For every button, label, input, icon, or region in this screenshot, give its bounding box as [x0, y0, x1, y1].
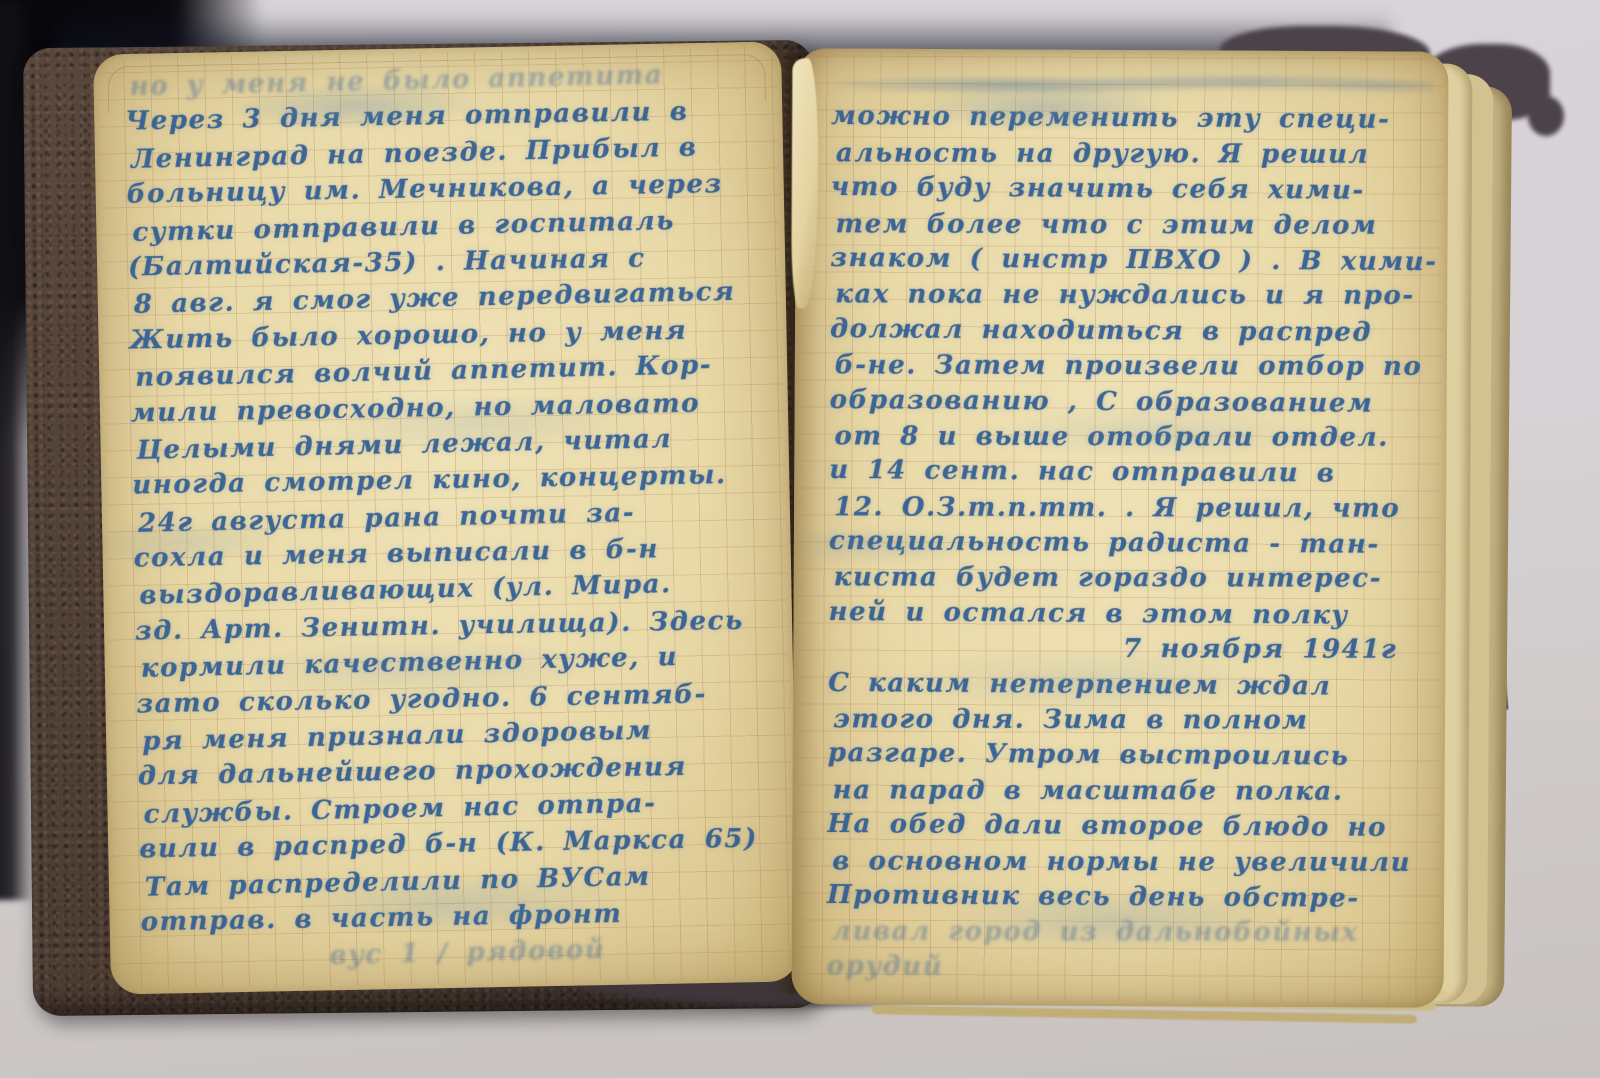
frayed-cloth-edge: [1528, 96, 1564, 136]
handwriting-right-page: можно переменить эту специ-альность на д…: [828, 64, 1431, 987]
handwriting-line: можно переменить эту специ-: [831, 99, 1429, 139]
handwriting-line: На обед дали второе блюдо но: [827, 807, 1425, 847]
handwriting-line: тем более что с этим делом: [836, 207, 1434, 244]
handwriting-line: от 8 и выше отобрали отдел.: [834, 419, 1432, 456]
left-page: но у меня не было аппетитаЧерез 3 дня ме…: [93, 41, 799, 994]
handwriting-line: б-не. Затем произвели отбор по: [835, 348, 1433, 385]
handwriting-line: этого дня. Зима в полном: [833, 702, 1431, 739]
handwriting-line: ливал город из дальнобойных: [832, 915, 1430, 952]
handwriting-line: киста будет гораздо интерес-: [834, 561, 1432, 598]
handwriting-line: образованию , С образованием: [830, 382, 1428, 422]
handwriting-line: Противник весь день обстре-: [827, 878, 1425, 918]
handwriting-line: что буду значить себя хими-: [831, 170, 1429, 210]
handwriting-line: ней и остался в этом полку: [828, 595, 1426, 635]
handwriting-left-page: но у меня не было аппетитаЧерез 3 дня ме…: [125, 56, 784, 978]
handwriting-line: 12. О.З.т.п.тт. . Я решил, что: [834, 490, 1432, 527]
right-page: можно переменить эту специ-альность на д…: [792, 48, 1449, 1007]
handwriting-line: ках пока не нуждались и я про-: [835, 278, 1433, 315]
scanned-diary-spread: но у меня не было аппетитаЧерез 3 дня ме…: [0, 0, 1600, 1078]
handwriting-line: знаком ( инстр ПВХО ) . В хими-: [830, 241, 1428, 281]
handwriting-line: на парад в масштабе полка.: [833, 773, 1431, 810]
handwriting-line: в основном нормы не увеличили: [832, 844, 1430, 881]
torn-paper-edge: [791, 58, 818, 308]
handwriting-line: альность на другую. Я решил: [836, 136, 1434, 173]
handwriting-line: [836, 65, 1434, 102]
handwriting-line: разгаре. Утром выстроились: [828, 736, 1426, 776]
handwriting-line: 7 ноября 1941г: [833, 632, 1431, 669]
handwriting-line: должал находиться в распред: [830, 312, 1428, 352]
handwriting-line: орудий: [827, 949, 1425, 989]
handwriting-line: и 14 сент. нас отправили в: [829, 453, 1427, 493]
handwriting-line: С каким нетерпением ждал: [828, 666, 1426, 706]
handwriting-line: специальность радиста - тан-: [829, 524, 1427, 564]
